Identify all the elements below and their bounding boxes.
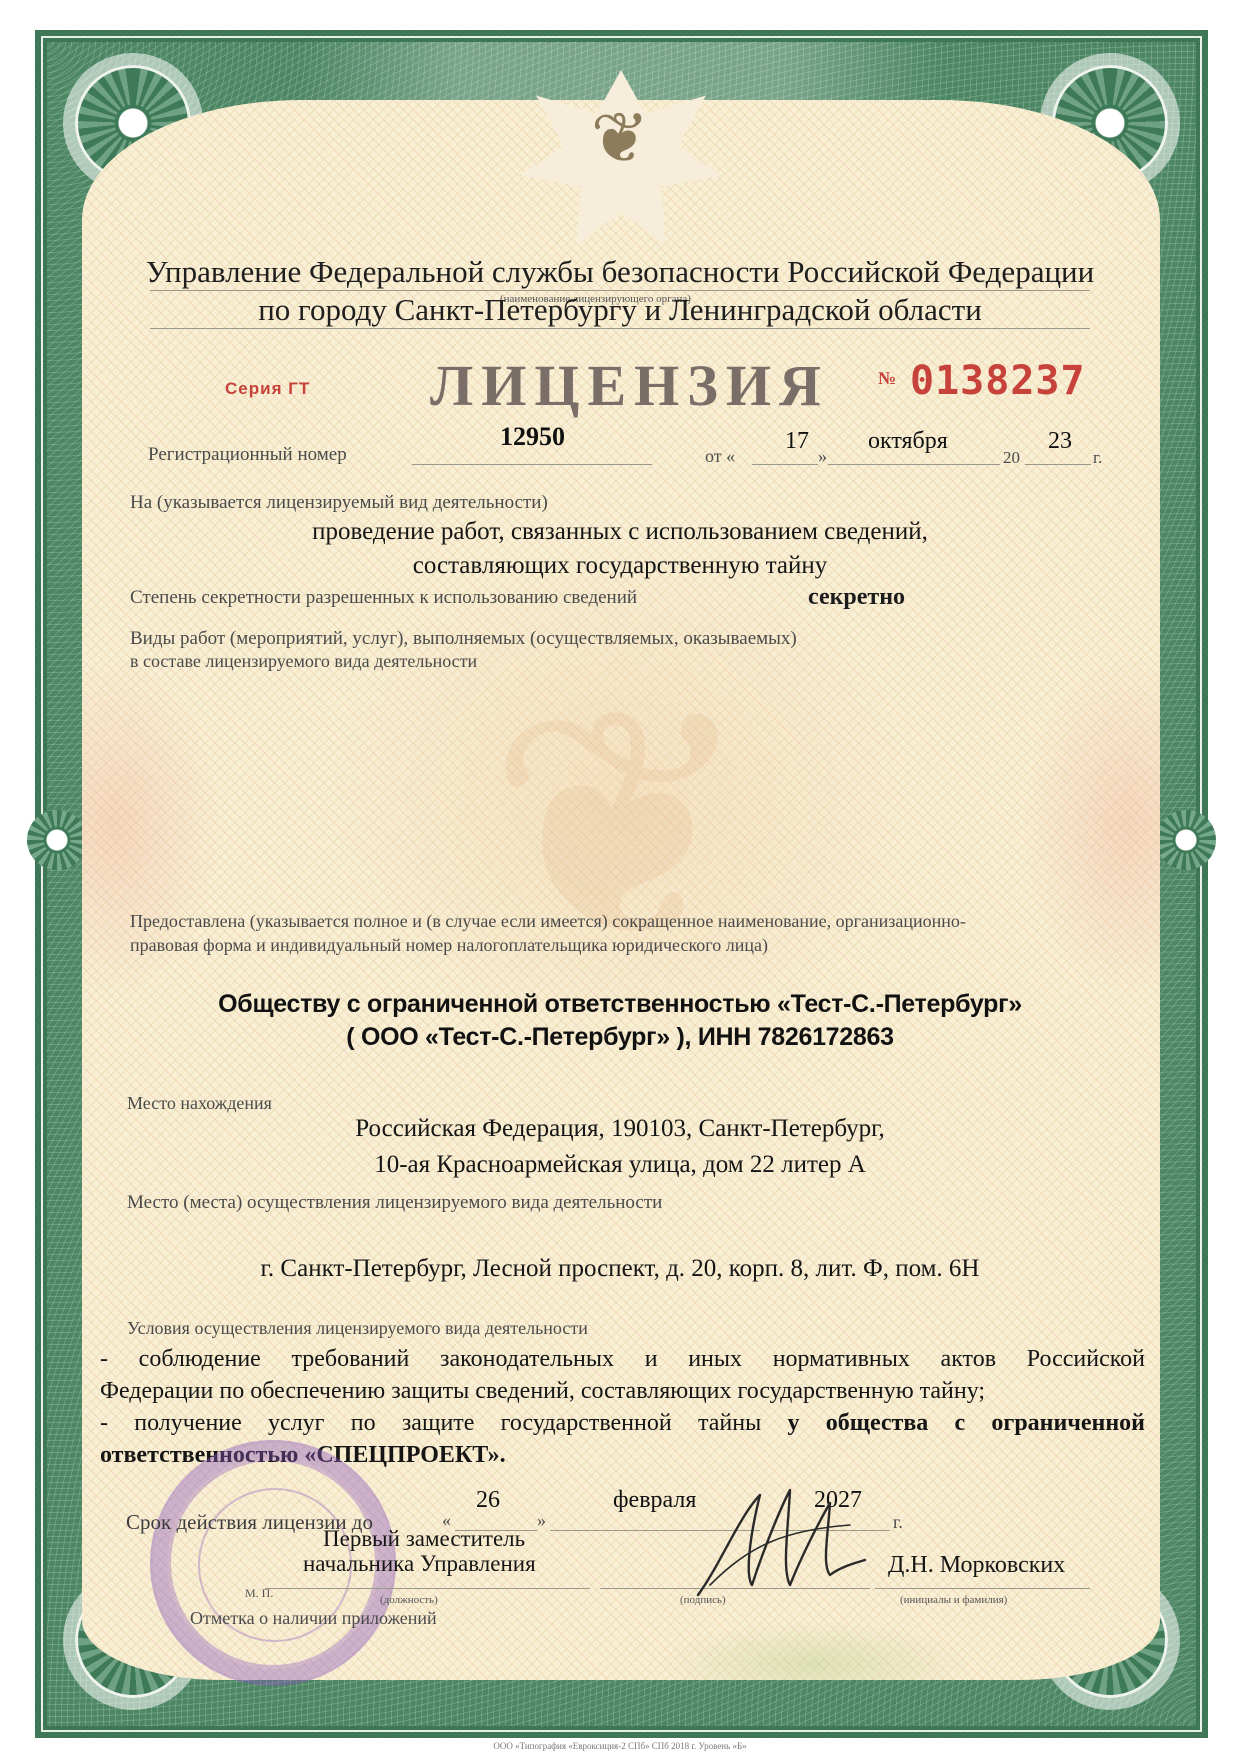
year-prefix: 20 <box>1003 448 1020 468</box>
validity-month: февраля <box>613 1487 696 1514</box>
day-underline <box>752 464 818 465</box>
issuing-authority-line1: Управление Федеральной службы безопаснос… <box>0 254 1240 290</box>
date-from-label: от « <box>705 446 735 467</box>
condition-line3: - получение услуг по защите государствен… <box>100 1410 1145 1437</box>
condition-line3-regular: - получение услуг по защите государствен… <box>100 1410 787 1436</box>
condition-line2: Федерации по обеспечению защиты сведений… <box>100 1378 1145 1405</box>
address-line1: Российская Федерация, 190103, Санкт-Пете… <box>0 1115 1240 1143</box>
granted-label-line1: Предоставлена (указывается полное и (в с… <box>130 911 966 932</box>
authority-underline <box>150 290 1090 291</box>
activity-value-line2: составляющих государственную тайну <box>0 552 1240 580</box>
granted-label-line2: правовая форма и индивидуальный номер на… <box>130 935 768 956</box>
signatory-position-line1: Первый заместитель <box>323 1526 525 1552</box>
name-underline <box>875 1588 1090 1589</box>
validity-day: 26 <box>476 1487 500 1514</box>
authority-underline <box>150 328 1090 329</box>
document-title: ЛИЦЕНЗИЯ <box>430 352 829 419</box>
issuing-authority-line2: по городу Санкт-Петербургу и Ленинградск… <box>0 292 1240 328</box>
name-caption: (инициалы и фамилия) <box>900 1594 1007 1606</box>
registration-label: Регистрационный номер <box>148 444 347 466</box>
number-sign: № <box>878 368 896 389</box>
year-unit: г. <box>1093 448 1102 468</box>
attachments-label: Отметка о наличии приложений <box>190 1608 437 1629</box>
works-label-line1: Виды работ (мероприятий, услуг), выполня… <box>130 628 797 650</box>
double-headed-eagle-icon: ❦ <box>572 90 668 190</box>
side-rosette-icon <box>27 810 87 870</box>
secrecy-label: Степень секретности разрешенных к исполь… <box>130 587 637 609</box>
series-label: Серия ГТ <box>225 379 310 399</box>
seal-mark: М. П. <box>245 1586 273 1601</box>
works-label-line2: в составе лицензируемого вида деятельнос… <box>130 651 477 672</box>
registration-number: 12950 <box>500 422 565 452</box>
activity-value-line1: проведение работ, связанных с использова… <box>0 518 1240 546</box>
side-rosette-icon <box>1156 810 1216 870</box>
activity-place-label: Место (места) осуществления лицензируемо… <box>127 1192 662 1214</box>
signatory-name: Д.Н. Морковских <box>888 1552 1065 1579</box>
validity-quote-close: » <box>537 1510 546 1531</box>
position-underline <box>265 1588 590 1589</box>
registration-underline <box>412 464 652 465</box>
position-caption: (должность) <box>380 1594 438 1606</box>
activity-place-value: г. Санкт-Петербург, Лесной проспект, д. … <box>0 1255 1240 1283</box>
signatory-position-line2: начальника Управления <box>303 1551 536 1577</box>
year-underline <box>1025 464 1091 465</box>
eagle-watermark-icon: ❦ <box>440 610 800 1050</box>
address-line2: 10-ая Красноармейская улица, дом 22 лите… <box>0 1151 1240 1179</box>
day-close-quote: » <box>818 446 827 467</box>
serial-number: 0138237 <box>910 358 1086 404</box>
organization-name-line1: Обществу с ограниченной ответственностью… <box>0 990 1240 1019</box>
activity-label: На (указывается лицензируемый вид деятел… <box>130 492 548 514</box>
registration-month: октября <box>868 428 948 455</box>
condition-line3-bold: у общества с ограниченной <box>787 1410 1145 1436</box>
registration-year: 23 <box>1048 428 1072 455</box>
validity-year-unit: г. <box>893 1512 903 1533</box>
organization-name-line2: ( ООО «Тест-С.-Петербург» ), ИНН 7826172… <box>0 1023 1240 1052</box>
location-label: Место нахождения <box>127 1093 272 1114</box>
conditions-label: Условия осуществления лицензируемого вид… <box>127 1318 588 1339</box>
month-underline <box>828 464 1000 465</box>
secrecy-value: секретно <box>808 584 905 611</box>
handwritten-signature-icon <box>690 1475 870 1605</box>
printer-footer: ООО «Типография «Евроксиция-2 СПб» СПб 2… <box>0 1741 1240 1751</box>
condition-line1: - соблюдение требований законодательных … <box>100 1346 1145 1373</box>
registration-day: 17 <box>785 428 809 455</box>
